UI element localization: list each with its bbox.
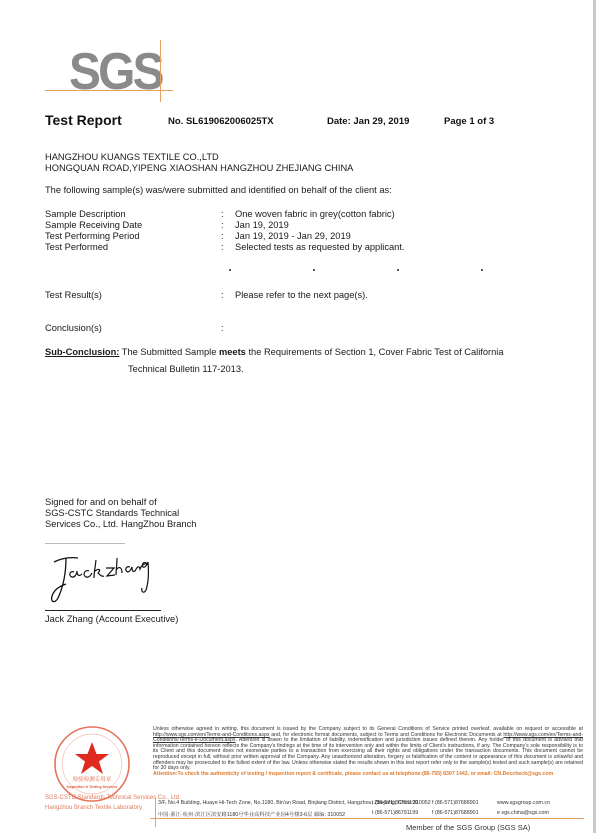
page-number: Page 1 of 3 bbox=[444, 116, 494, 127]
telephone-2: t (86-571)86791199 bbox=[372, 810, 418, 816]
logo-horizontal-line bbox=[45, 90, 173, 91]
field-value: Jan 19, 2019 - Jan 29, 2019 bbox=[235, 231, 351, 241]
signed-line3: Services Co., Ltd. HangZhou Branch bbox=[45, 519, 196, 529]
logo-vertical-line bbox=[160, 40, 161, 102]
dot-mark bbox=[229, 269, 231, 271]
report-date: Date: Jan 29, 2019 bbox=[327, 116, 409, 127]
stamp-center-text: 检验检测专用章 bbox=[73, 775, 112, 783]
dot-mark bbox=[313, 269, 315, 271]
stamp-subtitle: Inspection & Testing Services bbox=[67, 785, 118, 789]
sub-conclusion-label: Sub-Conclusion: bbox=[45, 347, 119, 357]
client-address: HONGQUAN ROAD,YIPENG XIAOSHAN HANGZHOU Z… bbox=[45, 163, 353, 173]
conclusion-label: Conclusion(s) bbox=[45, 323, 102, 333]
report-title: Test Report bbox=[45, 112, 122, 128]
signed-line2: SGS-CSTC Standards Technical bbox=[45, 508, 179, 518]
handwritten-signature-icon bbox=[44, 540, 154, 610]
field-value: Selected tests as requested by applicant… bbox=[235, 242, 405, 252]
authenticity-notice: Attention:To check the authenticity of t… bbox=[153, 772, 583, 778]
footer-vertical-rule bbox=[155, 797, 156, 827]
conclusion-separator: : bbox=[221, 323, 224, 333]
field-label: Test Performing Period bbox=[45, 231, 140, 241]
results-separator: : bbox=[221, 290, 224, 300]
sub-conclusion-text-after: the Requirements of Section 1, Cover Fab… bbox=[248, 347, 503, 357]
telephone-1: t (86-571)86791199 bbox=[372, 800, 418, 806]
field-label: Test Performed bbox=[45, 242, 108, 252]
sub-conclusion-line2: Technical Bulletin 117-2013. bbox=[128, 364, 244, 374]
field-value: One woven fabric in grey(cotton fabric) bbox=[235, 209, 395, 219]
results-value: Please refer to the next page(s). bbox=[235, 290, 368, 300]
field-separator: : bbox=[221, 220, 224, 230]
email-link[interactable]: e sgs.china@sgs.com bbox=[497, 810, 549, 816]
signature-bottom-rule bbox=[45, 610, 161, 611]
legal-disclaimer: Unless otherwise agreed in writing, this… bbox=[153, 727, 583, 777]
sub-conclusion: Sub-Conclusion: The Submitted Sample mee… bbox=[45, 347, 504, 357]
legal-text-3: . Attention is drawn to the limitation o… bbox=[153, 737, 583, 771]
report-number: No. SL619062006025TX bbox=[168, 116, 274, 127]
address-chinese: 中国·浙江·杭州·滨江区滨安路1180号华业高科技产业园4号楼3-6层 邮编: … bbox=[158, 810, 345, 818]
field-value: Jan 19, 2019 bbox=[235, 220, 289, 230]
signed-line1: Signed for and on behalf of bbox=[45, 497, 157, 507]
field-separator: : bbox=[221, 231, 224, 241]
dot-mark bbox=[481, 269, 483, 271]
field-label: Sample Description bbox=[45, 209, 126, 219]
member-statement: Member of the SGS Group (SGS SA) bbox=[406, 823, 530, 832]
results-label: Test Result(s) bbox=[45, 290, 102, 300]
footer-horizontal-rule bbox=[150, 818, 584, 819]
fax-1: f (86-571)87688901 bbox=[432, 800, 479, 806]
sub-conclusion-text-before: The Submitted Sample bbox=[122, 347, 217, 357]
sub-conclusion-emphasis: meets bbox=[219, 347, 246, 357]
dot-mark bbox=[397, 269, 399, 271]
field-separator: : bbox=[221, 209, 224, 219]
stamp-caption-2: Hangzhou Branch Textile Laboratory bbox=[45, 805, 142, 811]
company-seal-icon: 检验检测专用章 Inspection & Testing Services bbox=[52, 724, 132, 804]
field-separator: : bbox=[221, 242, 224, 252]
website-link[interactable]: www.sgsgroup.com.cn bbox=[497, 800, 550, 806]
signer-name: Jack Zhang (Account Executive) bbox=[45, 614, 178, 624]
client-name: HANGZHOU KUANGS TEXTILE CO.,LTD bbox=[45, 152, 219, 162]
intro-text: The following sample(s) was/were submitt… bbox=[45, 185, 392, 195]
fax-2: f (86-571)87688901 bbox=[432, 810, 479, 816]
field-label: Sample Receiving Date bbox=[45, 220, 142, 230]
sgs-logo: SGS bbox=[45, 40, 173, 102]
